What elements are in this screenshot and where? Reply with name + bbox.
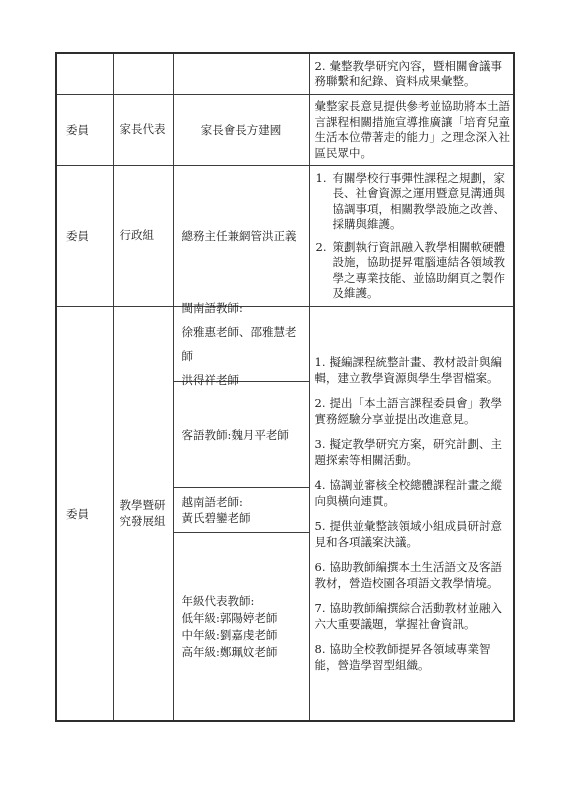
cell-members: 家長會長方建國 xyxy=(173,95,309,166)
duty-number: 2. xyxy=(316,240,327,256)
table-row: 委員 行政組 總務主任兼網管洪正義 1.有關學校行事彈性課程之規劃，家長、社會資… xyxy=(56,166,514,307)
cell-role: 委員 xyxy=(56,307,113,722)
member-line: 黃氏碧鑾老師 xyxy=(182,510,305,527)
duty-text: 協助教師編撰綜合活動教材並融入六大重要議題，掌握社會資訊。 xyxy=(315,601,502,631)
committee-table: 2.彙整教學研究內容，暨相關會議事務聯繫和紀錄、資料成果彙整。 委員 家長代表 … xyxy=(55,52,515,722)
member-line: 高年級:鄭珮妏老師 xyxy=(182,644,305,661)
document-page: 2.彙整教學研究內容，暨相關會議事務聯繫和紀錄、資料成果彙整。 委員 家長代表 … xyxy=(0,0,566,800)
member-groups: 閩南語教師: 徐雅惠老師、邵雅慧老師 洪得祥老師 客語教師:魏月平老師 越南語老… xyxy=(174,307,309,720)
member-line: 中年級:劉嘉虔老師 xyxy=(182,627,305,644)
member-line: 年級代表教師: xyxy=(182,593,305,610)
duty-text: 彙整家長意見提供參考並協助將本土語言課程相關措施宣導推廣讓「培育兒童生活本位帶著… xyxy=(315,99,512,161)
duties-list: 1.擬編課程統整計畫、教材設計與編輯，建立教學資源與學生學習檔案。 2.提出「本… xyxy=(310,307,514,720)
member-line: 越南語老師: xyxy=(182,494,305,511)
member-line: 徐雅惠老師、邵雅慧老師 xyxy=(182,320,305,368)
duty-item: 4.協調並審核全校總體課程計畫之縱向與橫向連貫。 xyxy=(315,477,512,509)
duty-number: 7. xyxy=(315,601,326,615)
duty-number: 2. xyxy=(315,396,326,410)
duty-text: 提出「本土語言課程委員會」教學實務經驗分享並提出改進意見。 xyxy=(315,396,502,426)
member-line: 低年級:郭陽婷老師 xyxy=(182,610,305,627)
duty-text: 擬編課程統整計畫、教材設計與編輯，建立教學資源與學生學習檔案。 xyxy=(315,355,502,385)
member-group-minnan: 閩南語教師: 徐雅惠老師、邵雅慧老師 洪得祥老師 xyxy=(174,307,309,382)
duties-list: 1.有關學校行事彈性課程之規劃，家長、社會資源之運用暨意見溝通與協調事項，相關教… xyxy=(310,166,514,306)
cell-members-groups: 閩南語教師: 徐雅惠老師、邵雅慧老師 洪得祥老師 客語教師:魏月平老師 越南語老… xyxy=(173,307,309,722)
duty-text: 擬定教學研究方案，研究計劃、主題探索等相關活動。 xyxy=(315,437,502,467)
duty-number: 5. xyxy=(315,519,326,533)
cell-role: 委員 xyxy=(56,95,113,166)
duty-text: 協助全校教師提昇各領域專業智能，營造學習型組織。 xyxy=(315,642,491,672)
duty-item: 7.協助教師編撰綜合活動教材並融入六大重要議題，掌握社會資訊。 xyxy=(315,600,512,632)
cell-duties: 彙整家長意見提供參考並協助將本土語言課程相關措施宣導推廣讓「培育兒童生活本位帶著… xyxy=(309,95,514,166)
cell-group-empty xyxy=(113,53,173,95)
member-line: 客語教師:魏月平老師 xyxy=(182,427,305,443)
member-group-hakka: 客語教師:魏月平老師 xyxy=(174,382,309,488)
member-line: 閩南語教師: xyxy=(182,296,305,320)
duty-item: 2.提出「本土語言課程委員會」教學實務經驗分享並提出改進意見。 xyxy=(315,395,512,427)
cell-duties: 1.有關學校行事彈性課程之規劃，家長、社會資源之運用暨意見溝通與協調事項，相關教… xyxy=(309,166,514,307)
duty-number: 2. xyxy=(315,59,326,73)
duty-number: 6. xyxy=(315,560,326,574)
cell-role-empty xyxy=(56,53,113,95)
cell-members: 總務主任兼網管洪正義 xyxy=(173,166,309,307)
table-row: 2.彙整教學研究內容，暨相關會議事務聯繫和紀錄、資料成果彙整。 xyxy=(56,53,514,95)
table-row: 委員 教學暨研究發展組 閩南語教師: 徐雅惠老師、邵雅慧老師 洪得祥老師 客語教… xyxy=(56,307,514,722)
duty-item: 6.協助教師編撰本土生活語文及客語教材，營造校園各項語文教學情境。 xyxy=(315,559,512,591)
duty-item: 3.擬定教學研究方案，研究計劃、主題探索等相關活動。 xyxy=(315,436,512,468)
duty-number: 1. xyxy=(316,171,327,187)
duties-paragraph: 彙整家長意見提供參考並協助將本土語言課程相關措施宣導推廣讓「培育兒童生活本位帶著… xyxy=(310,95,514,165)
cell-group: 教學暨研究發展組 xyxy=(113,307,173,722)
duty-item: 5.提供並彙整該領域小組成員研討意見和各項議案決議。 xyxy=(315,518,512,550)
member-group-grade-reps: 年級代表教師: 低年級:郭陽婷老師 中年級:劉嘉虔老師 高年級:鄭珮妏老師 xyxy=(174,533,309,720)
duty-item: 1.有關學校行事彈性課程之規劃，家長、社會資源之運用暨意見溝通與協調事項，相關教… xyxy=(315,171,512,233)
duty-item: 2.彙整教學研究內容，暨相關會議事務聯繫和紀錄、資料成果彙整。 xyxy=(315,59,512,90)
duty-text: 有關學校行事彈性課程之規劃，家長、社會資源之運用暨意見溝通與協調事項，相關教學設… xyxy=(333,171,512,233)
duty-text: 提供並彙整該領域小組成員研討意見和各項議案決議。 xyxy=(315,519,502,549)
duty-item: 2.策劃執行資訊融入教學相關軟硬體設施，協助提昇電腦連結各領域教學之專業技能、並… xyxy=(315,240,512,302)
duty-text: 協助教師編撰本土生活語文及客語教材，營造校園各項語文教學情境。 xyxy=(315,560,502,590)
duty-number: 4. xyxy=(315,478,326,492)
duty-text: 策劃執行資訊融入教學相關軟硬體設施，協助提昇電腦連結各領域教學之專業技能、並協助… xyxy=(333,240,512,302)
cell-group: 家長代表 xyxy=(113,95,173,166)
cell-members-empty xyxy=(173,53,309,95)
table-row: 委員 家長代表 家長會長方建國 彙整家長意見提供參考並協助將本土語言課程相關措施… xyxy=(56,95,514,166)
duty-text: 協調並審核全校總體課程計畫之縱向與橫向連貫。 xyxy=(315,478,502,508)
duty-number: 8. xyxy=(315,642,326,656)
duty-number: 1. xyxy=(315,355,326,369)
duty-item: 1.擬編課程統整計畫、教材設計與編輯，建立教學資源與學生學習檔案。 xyxy=(315,354,512,386)
duties-list: 2.彙整教學研究內容，暨相關會議事務聯繫和紀錄、資料成果彙整。 xyxy=(310,54,514,94)
cell-group: 行政組 xyxy=(113,166,173,307)
duty-text: 彙整教學研究內容，暨相關會議事務聯繫和紀錄、資料成果彙整。 xyxy=(315,59,502,89)
duty-item: 8.協助全校教師提昇各領域專業智能，營造學習型組織。 xyxy=(315,641,512,673)
cell-duties: 1.擬編課程統整計畫、教材設計與編輯，建立教學資源與學生學習檔案。 2.提出「本… xyxy=(309,307,514,722)
cell-role: 委員 xyxy=(56,166,113,307)
cell-duties: 2.彙整教學研究內容，暨相關會議事務聯繫和紀錄、資料成果彙整。 xyxy=(309,53,514,95)
duty-number: 3. xyxy=(315,437,326,451)
member-group-vietnamese: 越南語老師: 黃氏碧鑾老師 xyxy=(174,488,309,533)
